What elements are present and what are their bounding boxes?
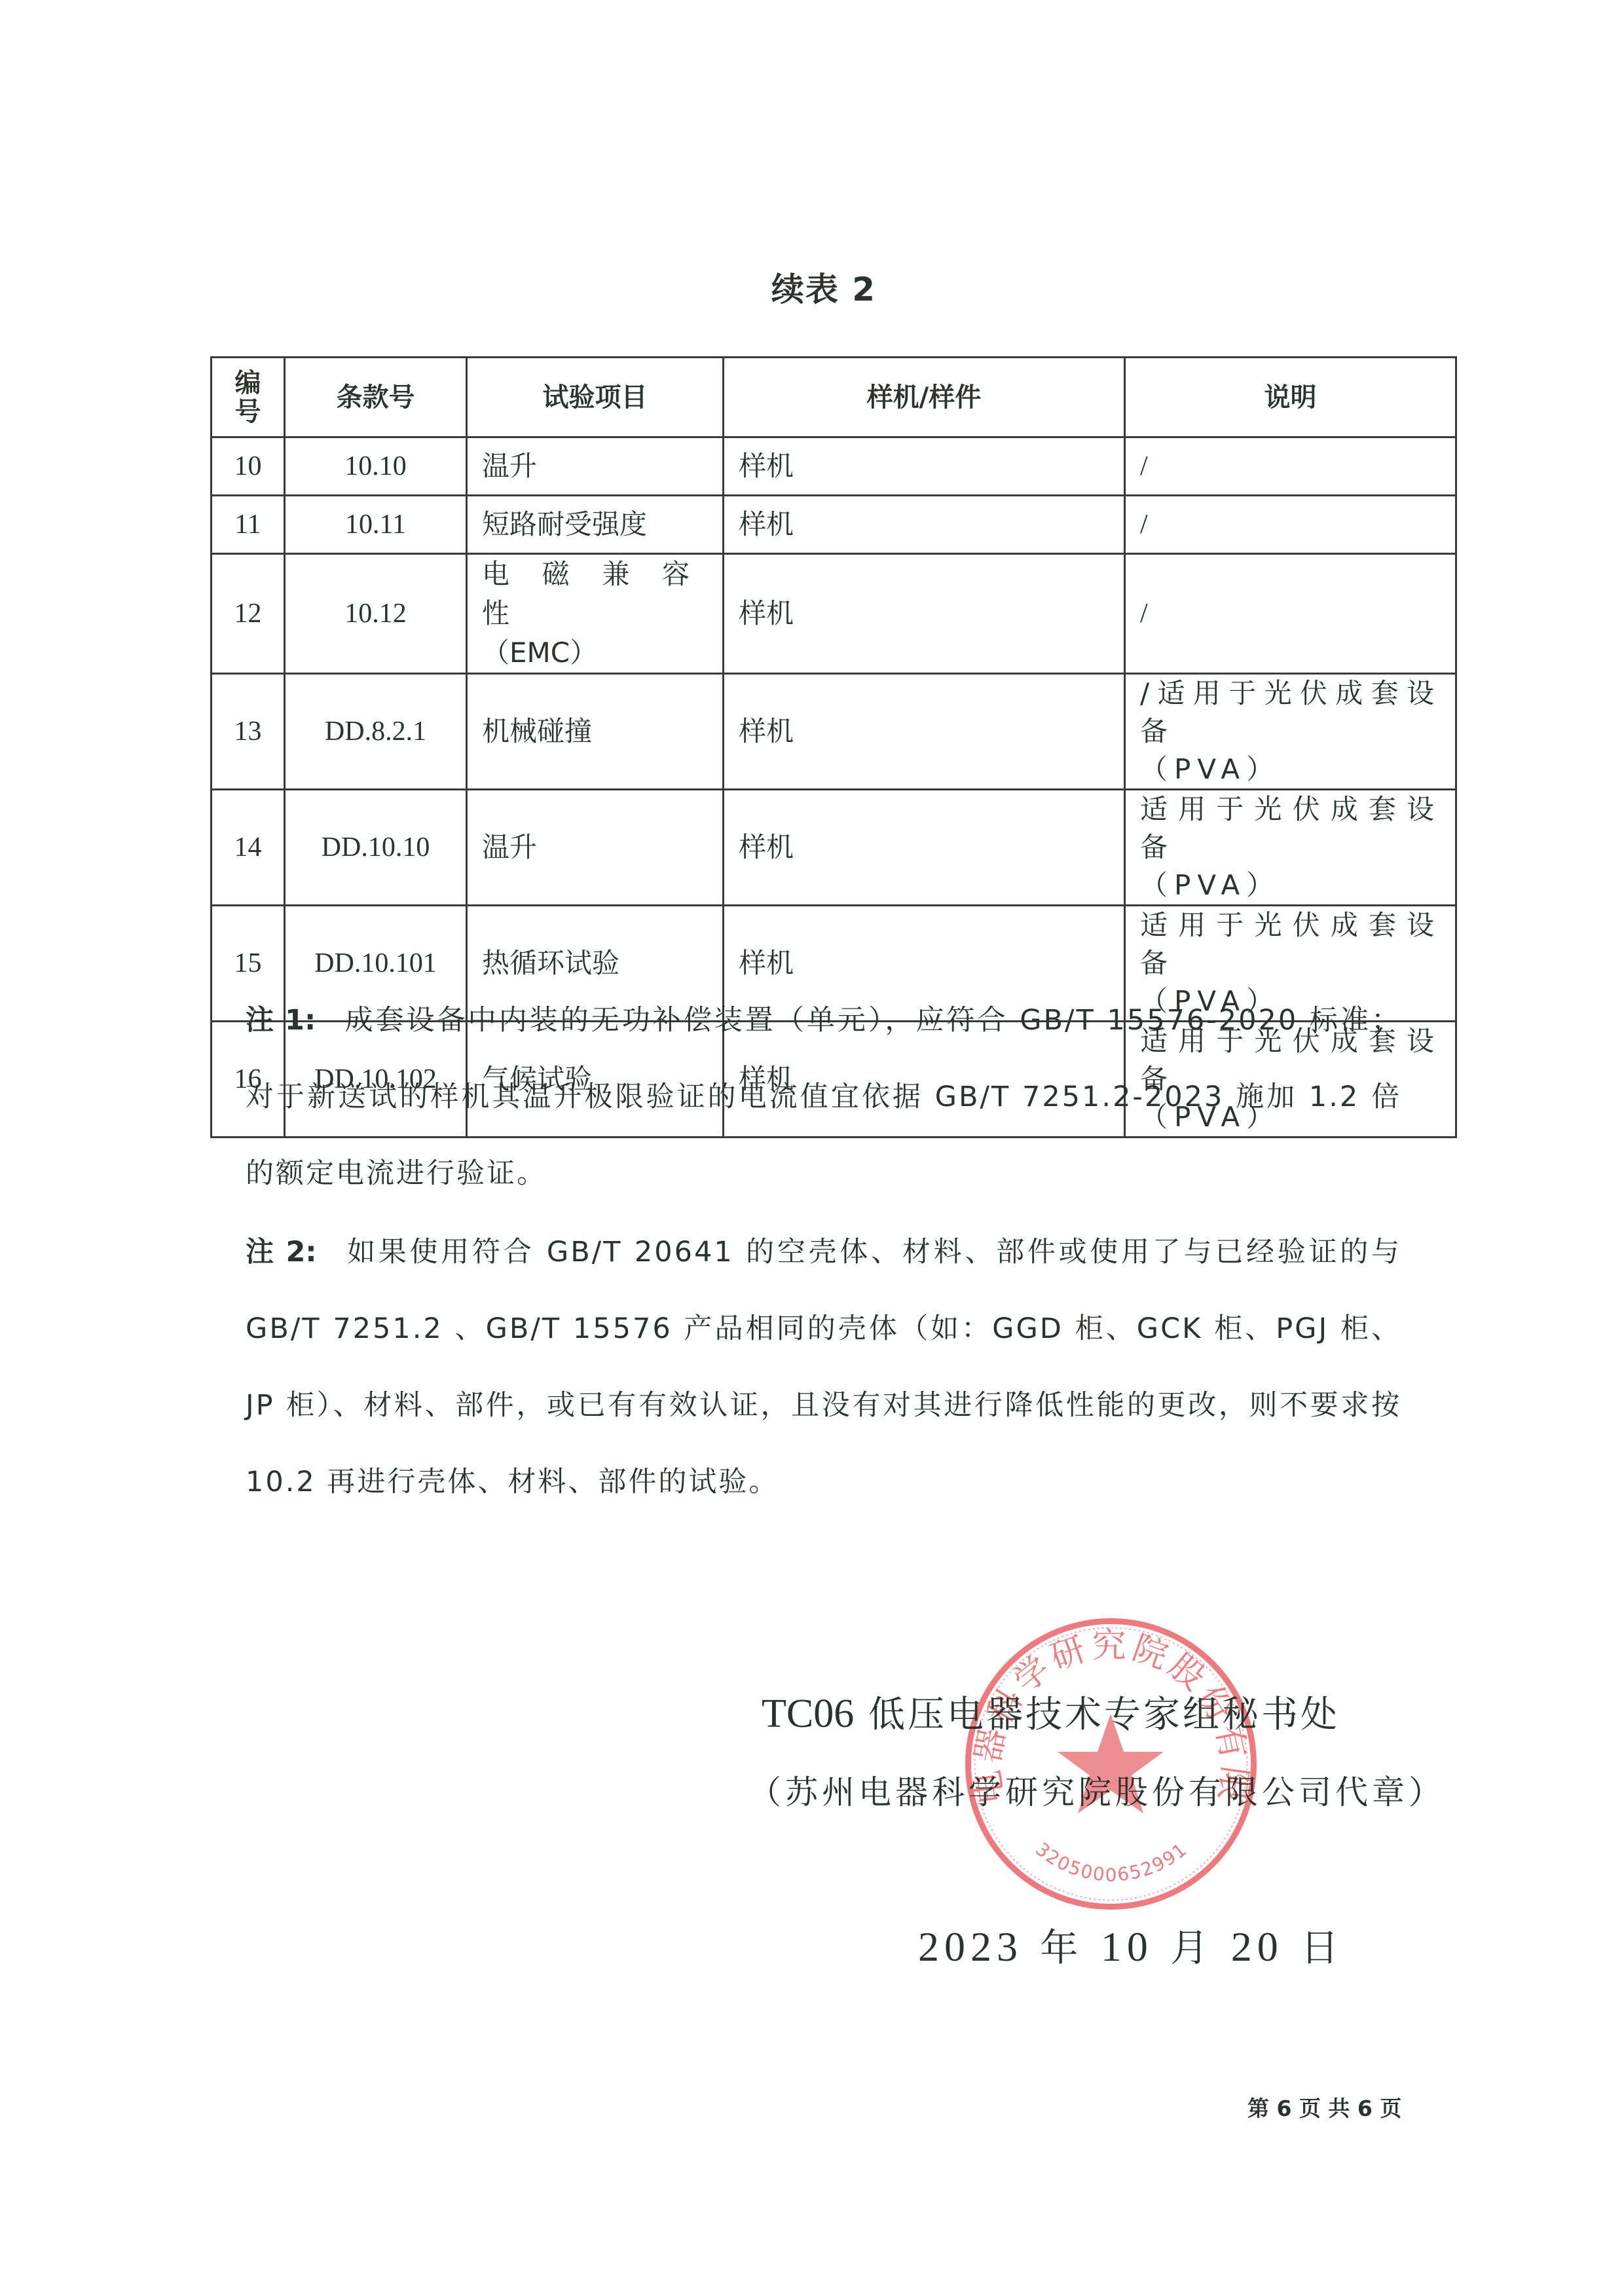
cell-remark-line2: （PVA） bbox=[1140, 750, 1441, 788]
table-row: 10 10.10 温升 样机 / bbox=[212, 437, 1456, 496]
note-1-label: 注 1: bbox=[246, 1004, 316, 1037]
cell-remark-line1: 适用于光伏成套设备 bbox=[1140, 790, 1441, 866]
cell-no: 12 bbox=[212, 554, 285, 674]
cell-clause: 10.10 bbox=[285, 437, 467, 496]
cell-sample: 样机 bbox=[724, 554, 1125, 674]
official-seal-icon: 苏州电器科学研究院股份有限公司 3205000652991 bbox=[963, 1616, 1259, 1912]
cell-no: 11 bbox=[212, 496, 285, 554]
signature-org-name: 低压电器技术专家组秘书处 bbox=[854, 1694, 1340, 1736]
cell-clause: 10.11 bbox=[285, 496, 467, 554]
seal-serial: 3205000652991 bbox=[1031, 1838, 1191, 1885]
header-no: 编号 bbox=[212, 358, 285, 437]
note-2-label: 注 2: bbox=[246, 1236, 317, 1268]
table-continuation-title: 续表 2 bbox=[0, 268, 1624, 310]
cell-clause: DD.8.2.1 bbox=[285, 674, 467, 790]
cell-clause: 10.12 bbox=[285, 554, 467, 674]
table-header-row: 编号 条款号 试验项目 样机/样件 说明 bbox=[212, 358, 1456, 437]
cell-sample: 样机 bbox=[724, 437, 1125, 496]
cell-item: 温升 bbox=[467, 437, 724, 496]
cell-item: 短路耐受强度 bbox=[467, 496, 724, 554]
cell-remark-line2: （PVA） bbox=[1140, 866, 1441, 904]
cell-item: 电磁兼容性 （EMC） bbox=[467, 554, 724, 674]
cell-no: 14 bbox=[212, 790, 285, 906]
svg-text:3205000652991: 3205000652991 bbox=[1031, 1838, 1191, 1885]
cell-remark-line1: 适用于光伏成套设备 bbox=[1140, 906, 1441, 982]
cell-sample: 样机 bbox=[724, 790, 1125, 906]
cell-sample: 样机 bbox=[724, 496, 1125, 554]
cell-item-line1: 电磁兼容性 bbox=[482, 555, 708, 633]
cell-remark-line1: /适用于光伏成套设备 bbox=[1140, 675, 1441, 750]
note-1: 注 1: 成套设备中内装的无功补偿装置（单元），应符合 GB/T 15576-2… bbox=[246, 982, 1401, 1212]
cell-remark: / bbox=[1125, 437, 1456, 496]
page-number: 第 6 页 共 6 页 bbox=[1247, 2094, 1401, 2123]
cell-item-line2: （EMC） bbox=[482, 633, 708, 673]
note-2: 注 2: 如果使用符合 GB/T 20641 的空壳体、材料、部件或使用了与已经… bbox=[246, 1214, 1401, 1521]
cell-remark: 适用于光伏成套设备 （PVA） bbox=[1125, 790, 1456, 906]
cell-item: 机械碰撞 bbox=[467, 674, 724, 790]
date-year: 2023 bbox=[918, 1923, 1023, 1970]
cell-remark: / bbox=[1125, 496, 1456, 554]
cell-item: 温升 bbox=[467, 790, 724, 906]
table-row: 11 10.11 短路耐受强度 样机 / bbox=[212, 496, 1456, 554]
signature-organization: TC06 低压电器技术专家组秘书处 bbox=[762, 1691, 1340, 1738]
header-remark: 说明 bbox=[1125, 358, 1456, 437]
table-row: 12 10.12 电磁兼容性 （EMC） 样机 / bbox=[212, 554, 1456, 674]
signature-subline: （苏州电器科学研究院股份有限公司代章） bbox=[748, 1771, 1445, 1814]
cell-remark: / bbox=[1125, 554, 1456, 674]
date-month-unit: 月 bbox=[1153, 1925, 1231, 1970]
date-day-unit: 日 bbox=[1283, 1925, 1344, 1970]
date-month: 10 bbox=[1101, 1923, 1153, 1970]
table-row: 13 DD.8.2.1 机械碰撞 样机 /适用于光伏成套设备 （PVA） bbox=[212, 674, 1456, 790]
date-day: 20 bbox=[1231, 1923, 1283, 1970]
cell-sample: 样机 bbox=[724, 674, 1125, 790]
cell-no: 10 bbox=[212, 437, 285, 496]
note-2-text: 如果使用符合 GB/T 20641 的空壳体、材料、部件或使用了与已经验证的与 … bbox=[246, 1236, 1401, 1498]
table-row: 14 DD.10.10 温升 样机 适用于光伏成套设备 （PVA） bbox=[212, 790, 1456, 906]
note-1-text: 成套设备中内装的无功补偿装置（单元），应符合 GB/T 15576-2020 标… bbox=[246, 1004, 1401, 1190]
header-clause: 条款号 bbox=[285, 358, 467, 437]
header-item: 试验项目 bbox=[467, 358, 724, 437]
signature-date: 2023 年 10 月 20 日 bbox=[918, 1923, 1344, 1972]
cell-no: 13 bbox=[212, 674, 285, 790]
cell-clause: DD.10.10 bbox=[285, 790, 467, 906]
header-sample: 样机/样件 bbox=[724, 358, 1125, 437]
date-year-unit: 年 bbox=[1023, 1925, 1101, 1970]
cell-remark: /适用于光伏成套设备 （PVA） bbox=[1125, 674, 1456, 790]
signature-org-code: TC06 bbox=[762, 1692, 854, 1736]
